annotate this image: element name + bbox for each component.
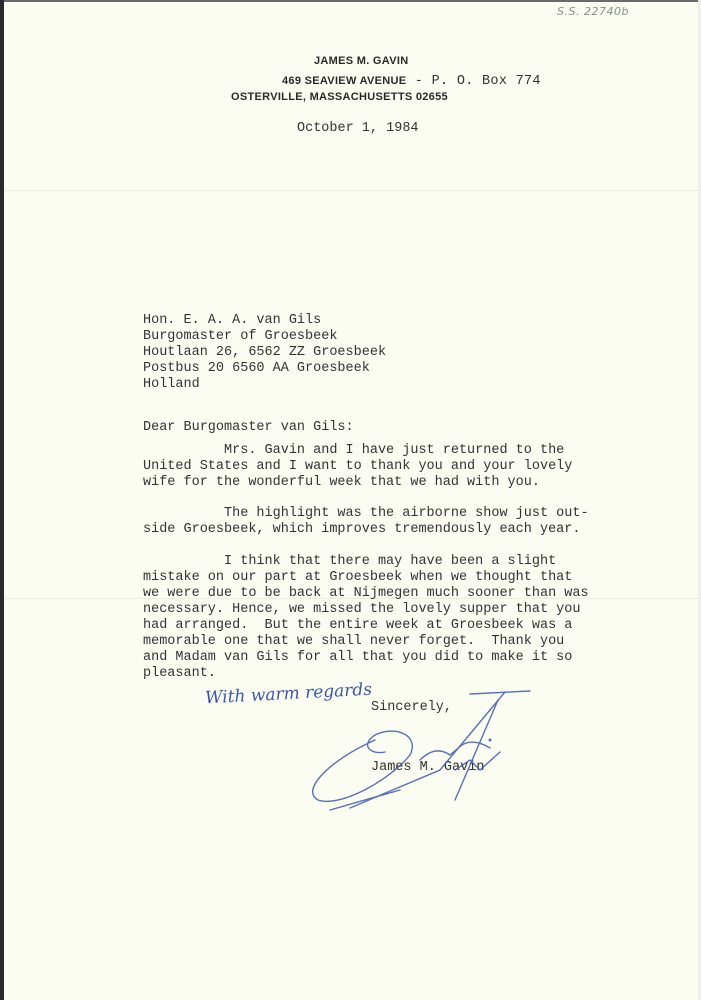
signature-icon xyxy=(0,0,701,1000)
